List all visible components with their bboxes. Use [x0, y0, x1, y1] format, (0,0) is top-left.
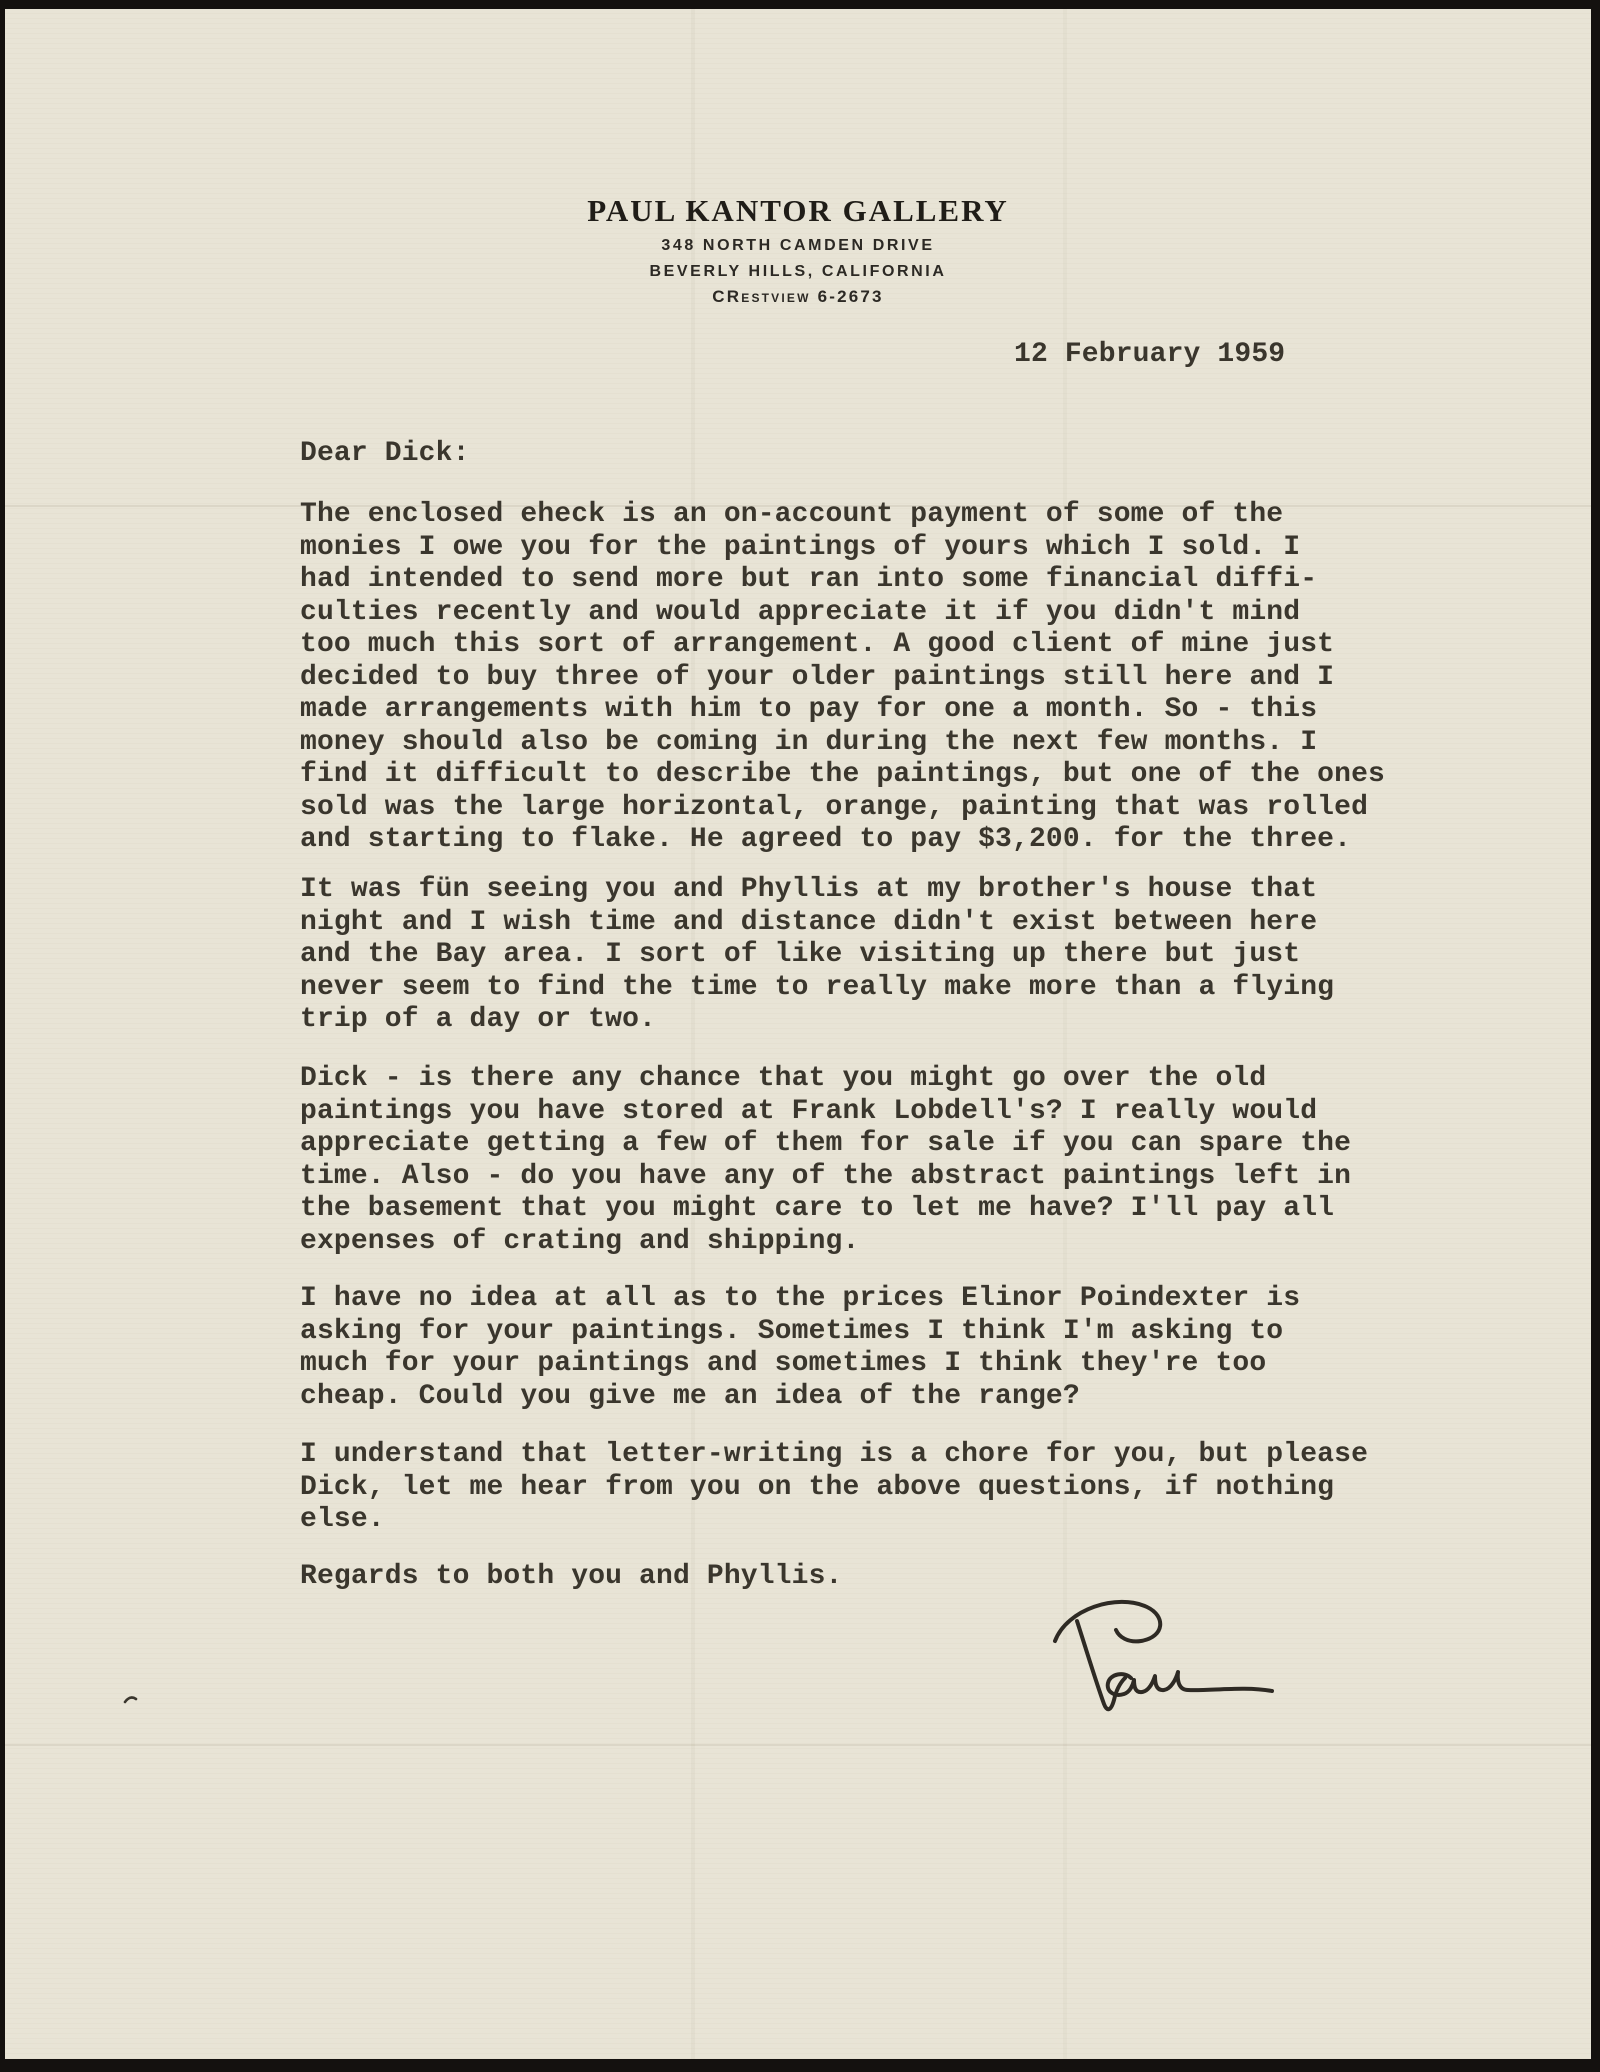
signature-handwriting-icon [1025, 1587, 1305, 1742]
paragraph-visit: It was fün seeing you and Phyllis at my … [300, 874, 1334, 1037]
letterhead-gallery-name: PAUL KANTOR GALLERY [5, 193, 1591, 229]
paragraph-prices: I have no idea at all as to the prices E… [300, 1283, 1300, 1413]
paragraph-letter-writing: I understand that letter-writing is a ch… [300, 1439, 1368, 1537]
letterhead-phone: CRestview 6-2673 [5, 287, 1591, 307]
date-line: 12 February 1959 [1014, 339, 1285, 372]
ink-mark [123, 1694, 139, 1704]
paper-fold-line-bottom [5, 1744, 1591, 1746]
salutation: Dear Dick: [300, 438, 470, 471]
letter-paper: PAUL KANTOR GALLERY 348 NORTH CAMDEN DRI… [5, 9, 1591, 2059]
signature-name: Paul [1025, 1742, 1026, 1743]
ink-smudge-icon [123, 1694, 139, 1704]
letterhead-address-line1: 348 NORTH CAMDEN DRIVE [5, 237, 1591, 255]
scan-background: PAUL KANTOR GALLERY 348 NORTH CAMDEN DRI… [0, 0, 1600, 2072]
paragraph-payment: The enclosed eheck is an on-account paym… [300, 499, 1385, 857]
signature-paul: Paul [1025, 1587, 1305, 1742]
closing-line: Regards to both you and Phyllis. [300, 1561, 843, 1594]
letterhead-address-line2: BEVERLY HILLS, CALIFORNIA [5, 263, 1591, 281]
paragraph-stored-paintings: Dick - is there any chance that you migh… [300, 1063, 1351, 1258]
